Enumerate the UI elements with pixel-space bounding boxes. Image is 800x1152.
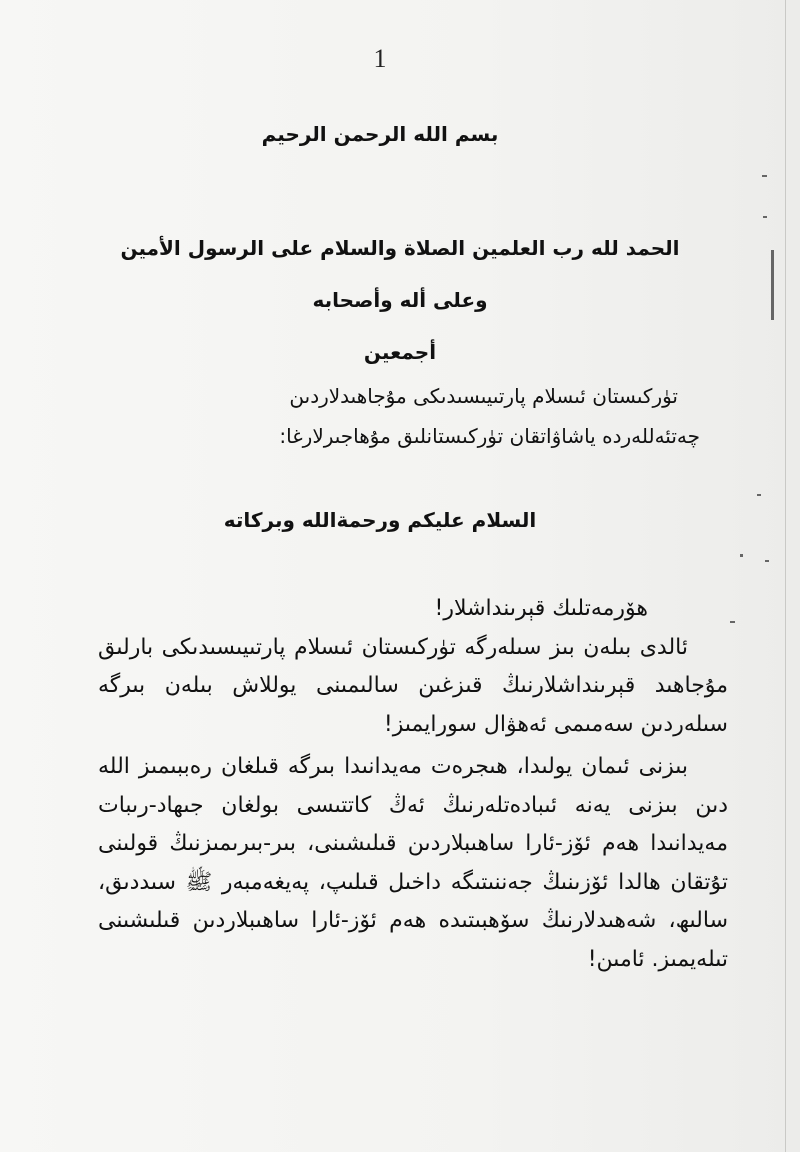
- margin-mark: [763, 216, 767, 218]
- addressee-line-1: تۈركىستان ئىسلام پارتىيىسىدىكى مۇجاھىدلا…: [160, 376, 700, 416]
- hamd-heading: الحمد لله رب العلمين الصلاة والسلام على …: [110, 222, 690, 378]
- hamd-line-1: الحمد لله رب العلمين الصلاة والسلام على …: [110, 222, 690, 326]
- addressee-line-2: چەتئەللەردە ياشاۋاتقان تۈركىستانلىق مۇھا…: [160, 416, 700, 456]
- margin-mark: [771, 250, 774, 320]
- paragraph-2: بىزنى ئىمان يولىدا، ھىجرەت مەيدانىدا بىر…: [98, 748, 728, 979]
- paragraph-1: ئالدى بىلەن بىز سىلەرگە تۈركىستان ئىسلام…: [98, 629, 728, 745]
- scanned-page: 1 بسم الله الرحمن الرحيم الحمد لله رب ال…: [0, 0, 800, 1152]
- hamd-line-2: أجمعين: [110, 326, 690, 378]
- margin-mark: [757, 494, 761, 496]
- letter-body: ھۆرمەتلىك قېرىنداشلار! ئالدى بىلەن بىز س…: [98, 590, 728, 979]
- page-number: 1: [0, 44, 760, 74]
- letter-greeting: ھۆرمەتلىك قېرىنداشلار!: [98, 590, 728, 629]
- margin-mark: [730, 621, 735, 623]
- addressee-block: تۈركىستان ئىسلام پارتىيىسىدىكى مۇجاھىدلا…: [160, 376, 700, 456]
- margin-mark: [762, 175, 767, 177]
- margin-mark: [740, 554, 743, 557]
- margin-mark: [765, 560, 769, 562]
- salam-greeting: السلام عليكم ورحمةالله وبركاته: [0, 508, 760, 532]
- basmala-heading: بسم الله الرحمن الرحيم: [0, 122, 760, 146]
- page-edge-line: [785, 0, 786, 1152]
